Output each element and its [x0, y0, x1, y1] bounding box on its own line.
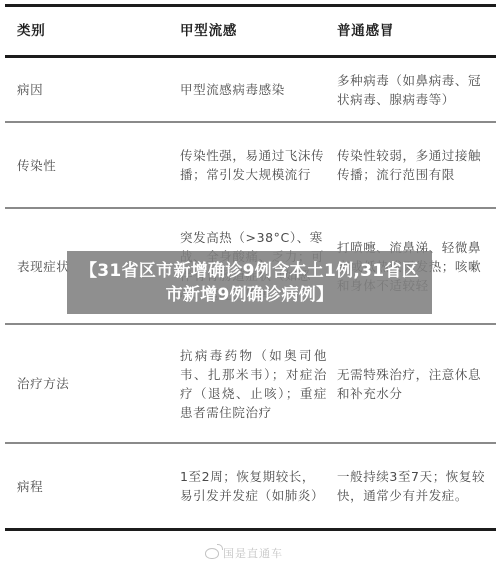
- row-label: 病因: [5, 80, 175, 99]
- common-cold-cell: 多种病毒（如鼻病毒、冠状病毒、腺病毒等）: [335, 71, 496, 109]
- common-cold-cell: 一般持续3至7天；恢复较快，通常少有并发症。: [335, 467, 496, 505]
- common-cold-cell: 无需特殊治疗，注意休息和补充水分: [335, 365, 496, 403]
- weibo-icon: [205, 548, 219, 559]
- table-header-row: 类别 甲型流感 普通感冒: [5, 7, 496, 55]
- headline-text[interactable]: 【31省区市新增确诊9例含本土1例,31省区市新增9例确诊病例】: [73, 259, 426, 307]
- row-label: 治疗方法: [5, 374, 175, 393]
- watermark: 国是直通车: [205, 545, 283, 561]
- bottom-rule: [5, 528, 496, 531]
- row-label: 传染性: [5, 156, 175, 175]
- influenza-a-cell: 传染性强，易通过飞沫传播；常引发大规模流行: [175, 146, 335, 184]
- influenza-a-cell: 抗病毒药物（如奥司他韦、扎那米韦）；对症治疗（退烧、止咳）；重症患者需住院治疗: [175, 346, 335, 422]
- header-category: 类别: [5, 22, 175, 41]
- page: 类别 甲型流感 普通感冒 病因 甲型流感病毒感染 多种病毒（如鼻病毒、冠状病毒、…: [0, 0, 500, 566]
- table-row-cause: 病因 甲型流感病毒感染 多种病毒（如鼻病毒、冠状病毒、腺病毒等）: [5, 58, 496, 121]
- header-influenza-a: 甲型流感: [175, 22, 335, 41]
- header-common-cold: 普通感冒: [335, 22, 496, 41]
- table-row-treatment: 治疗方法 抗病毒药物（如奥司他韦、扎那米韦）；对症治疗（退烧、止咳）；重症患者需…: [5, 325, 496, 442]
- influenza-a-cell: 甲型流感病毒感染: [175, 80, 335, 99]
- headline-banner[interactable]: 【31省区市新增确诊9例含本土1例,31省区市新增9例确诊病例】: [67, 251, 432, 314]
- watermark-text: 国是直通车: [223, 545, 283, 561]
- common-cold-cell: 传染性较弱，多通过接触传播；流行范围有限: [335, 146, 496, 184]
- influenza-a-cell: 1至2周；恢复期较长，易引发并发症（如肺炎）: [175, 467, 335, 505]
- row-label: 病程: [5, 477, 175, 496]
- table-row-course: 病程 1至2周；恢复期较长，易引发并发症（如肺炎） 一般持续3至7天；恢复较快，…: [5, 444, 496, 528]
- table-row-contagion: 传染性 传染性强，易通过飞沫传播；常引发大规模流行 传染性较弱，多通过接触传播；…: [5, 123, 496, 207]
